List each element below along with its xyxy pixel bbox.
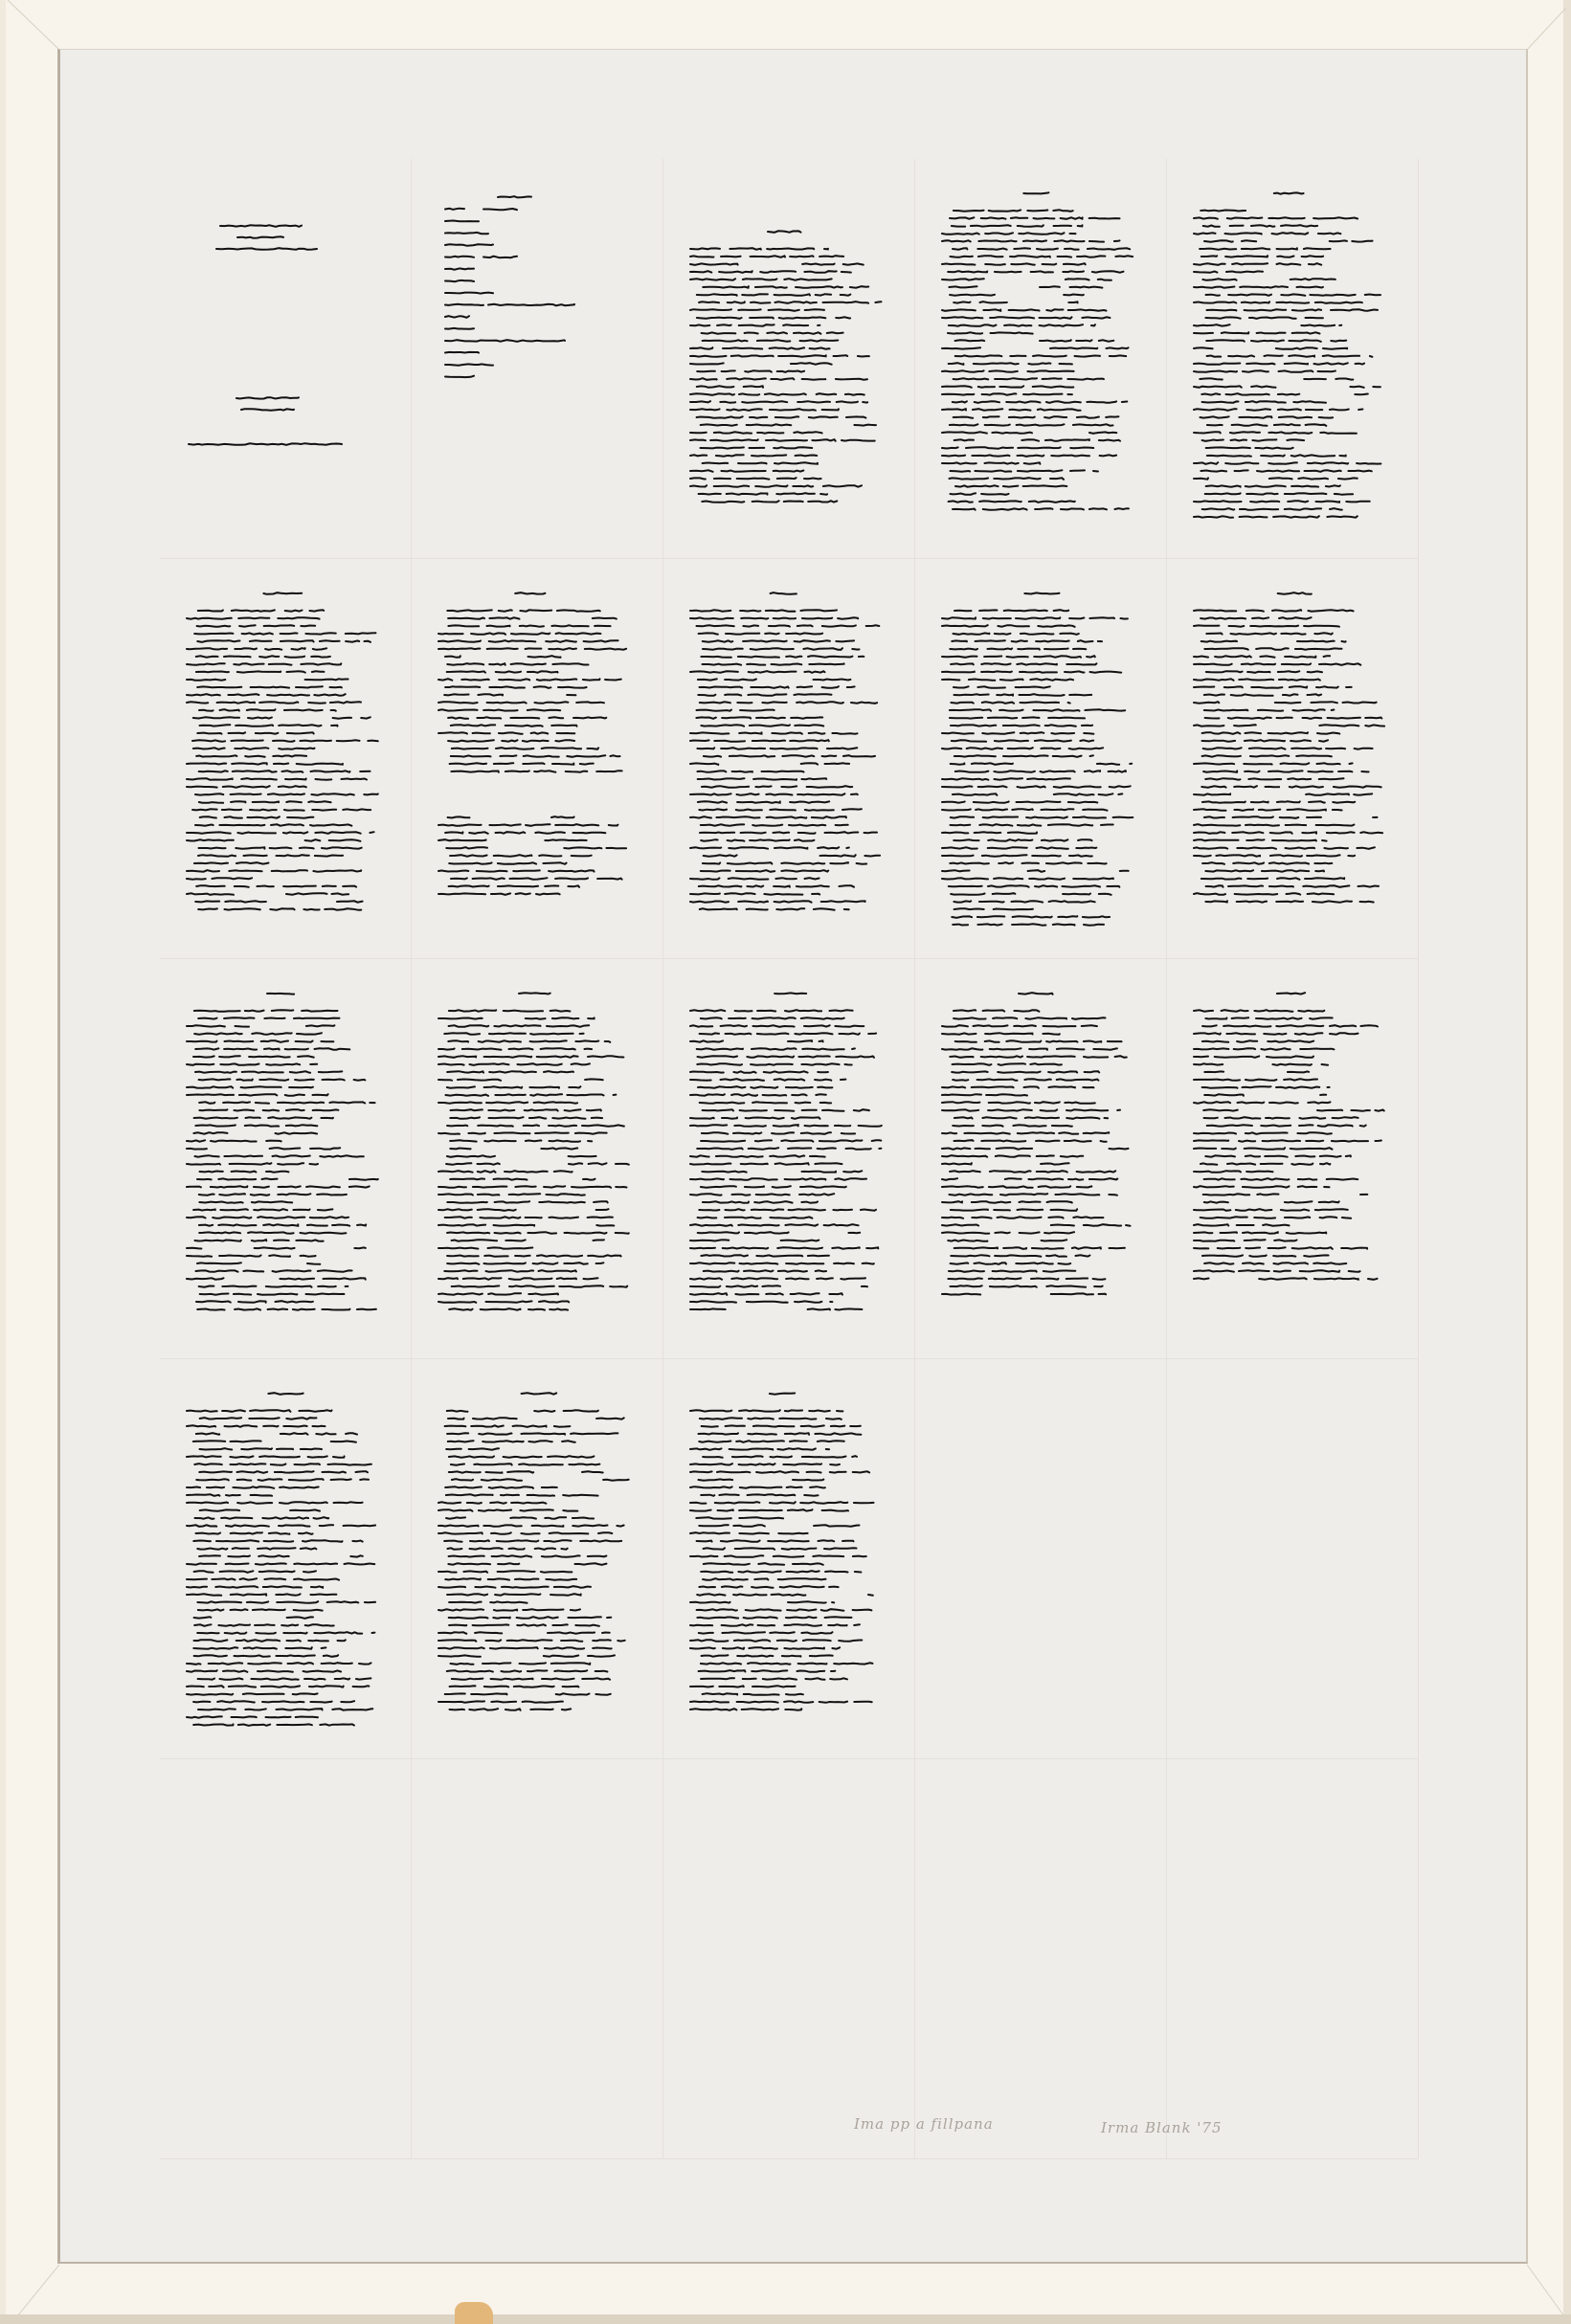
ink-lines <box>942 993 1131 1294</box>
ink-lines <box>690 231 882 503</box>
ink-lines <box>690 993 882 1309</box>
paper-sheet <box>915 1359 1167 1759</box>
paper-sheet <box>663 1359 915 1759</box>
asemic-writing <box>160 559 412 959</box>
ink-lines <box>690 1394 874 1710</box>
paper-sheet <box>160 959 412 1359</box>
ink-lines <box>187 994 378 1310</box>
asemic-writing <box>663 959 915 1359</box>
asemic-writing <box>160 959 412 1359</box>
ink-lines <box>438 592 626 895</box>
ink-lines <box>187 592 378 910</box>
paper-sheet <box>1167 959 1419 1359</box>
asemic-writing <box>1167 159 1419 559</box>
paper-sheet <box>1167 1359 1419 1759</box>
asemic-writing <box>915 159 1167 559</box>
frame-left-edge <box>0 0 6 2324</box>
ink-lines <box>690 592 880 910</box>
ink-lines <box>1194 592 1384 903</box>
paper-sheet <box>915 959 1167 1359</box>
sheet-grid <box>160 159 1419 2159</box>
ink-lines <box>187 1393 375 1726</box>
asemic-writing <box>663 159 915 559</box>
paper-sheet <box>412 1759 663 2159</box>
ink-lines <box>438 993 629 1310</box>
paper-sheet <box>1167 159 1419 559</box>
asemic-writing <box>1167 559 1419 959</box>
asemic-writing <box>915 559 1167 959</box>
paper-sheet <box>160 559 412 959</box>
ink-lines <box>1194 993 1384 1280</box>
paper-sheet <box>160 1759 412 2159</box>
ink-lines <box>438 1393 629 1710</box>
paper-sheet <box>915 159 1167 559</box>
paper-sheet <box>160 159 412 559</box>
paper-sheet <box>663 159 915 559</box>
paper-sheet <box>915 559 1167 959</box>
frame-bottom-edge <box>0 2314 1571 2324</box>
paper-sheet <box>412 959 663 1359</box>
asemic-writing <box>1167 959 1419 1359</box>
artist-signature: Irma Blank '75 <box>1101 2119 1223 2136</box>
asemic-writing <box>160 159 412 559</box>
paper-sheet <box>1167 1759 1419 2159</box>
paper-sheet <box>915 1759 1167 2159</box>
paper-sheet <box>663 559 915 959</box>
ink-lines <box>942 592 1133 925</box>
paper-sheet <box>412 1359 663 1759</box>
paper-sheet <box>412 159 663 559</box>
ink-lines <box>445 196 574 377</box>
asemic-writing <box>412 559 663 959</box>
asemic-writing <box>412 1359 663 1759</box>
ink-lines <box>942 192 1133 509</box>
pencil-inscription: Ima pp a fillpana <box>854 2115 994 2133</box>
frame-right-edge <box>1563 0 1571 2324</box>
ink-lines <box>189 225 342 444</box>
paper-sheet <box>663 1759 915 2159</box>
paper-sheet <box>160 1359 412 1759</box>
asemic-writing <box>412 159 663 559</box>
asemic-writing <box>160 1359 412 1759</box>
paper-sheet <box>412 559 663 959</box>
paper-tear <box>455 2302 493 2324</box>
asemic-writing <box>915 959 1167 1359</box>
asemic-writing <box>663 559 915 959</box>
paper-sheet <box>663 959 915 1359</box>
ink-lines <box>1194 192 1380 517</box>
paper-sheet <box>1167 559 1419 959</box>
asemic-writing <box>412 959 663 1359</box>
asemic-writing <box>663 1359 915 1759</box>
